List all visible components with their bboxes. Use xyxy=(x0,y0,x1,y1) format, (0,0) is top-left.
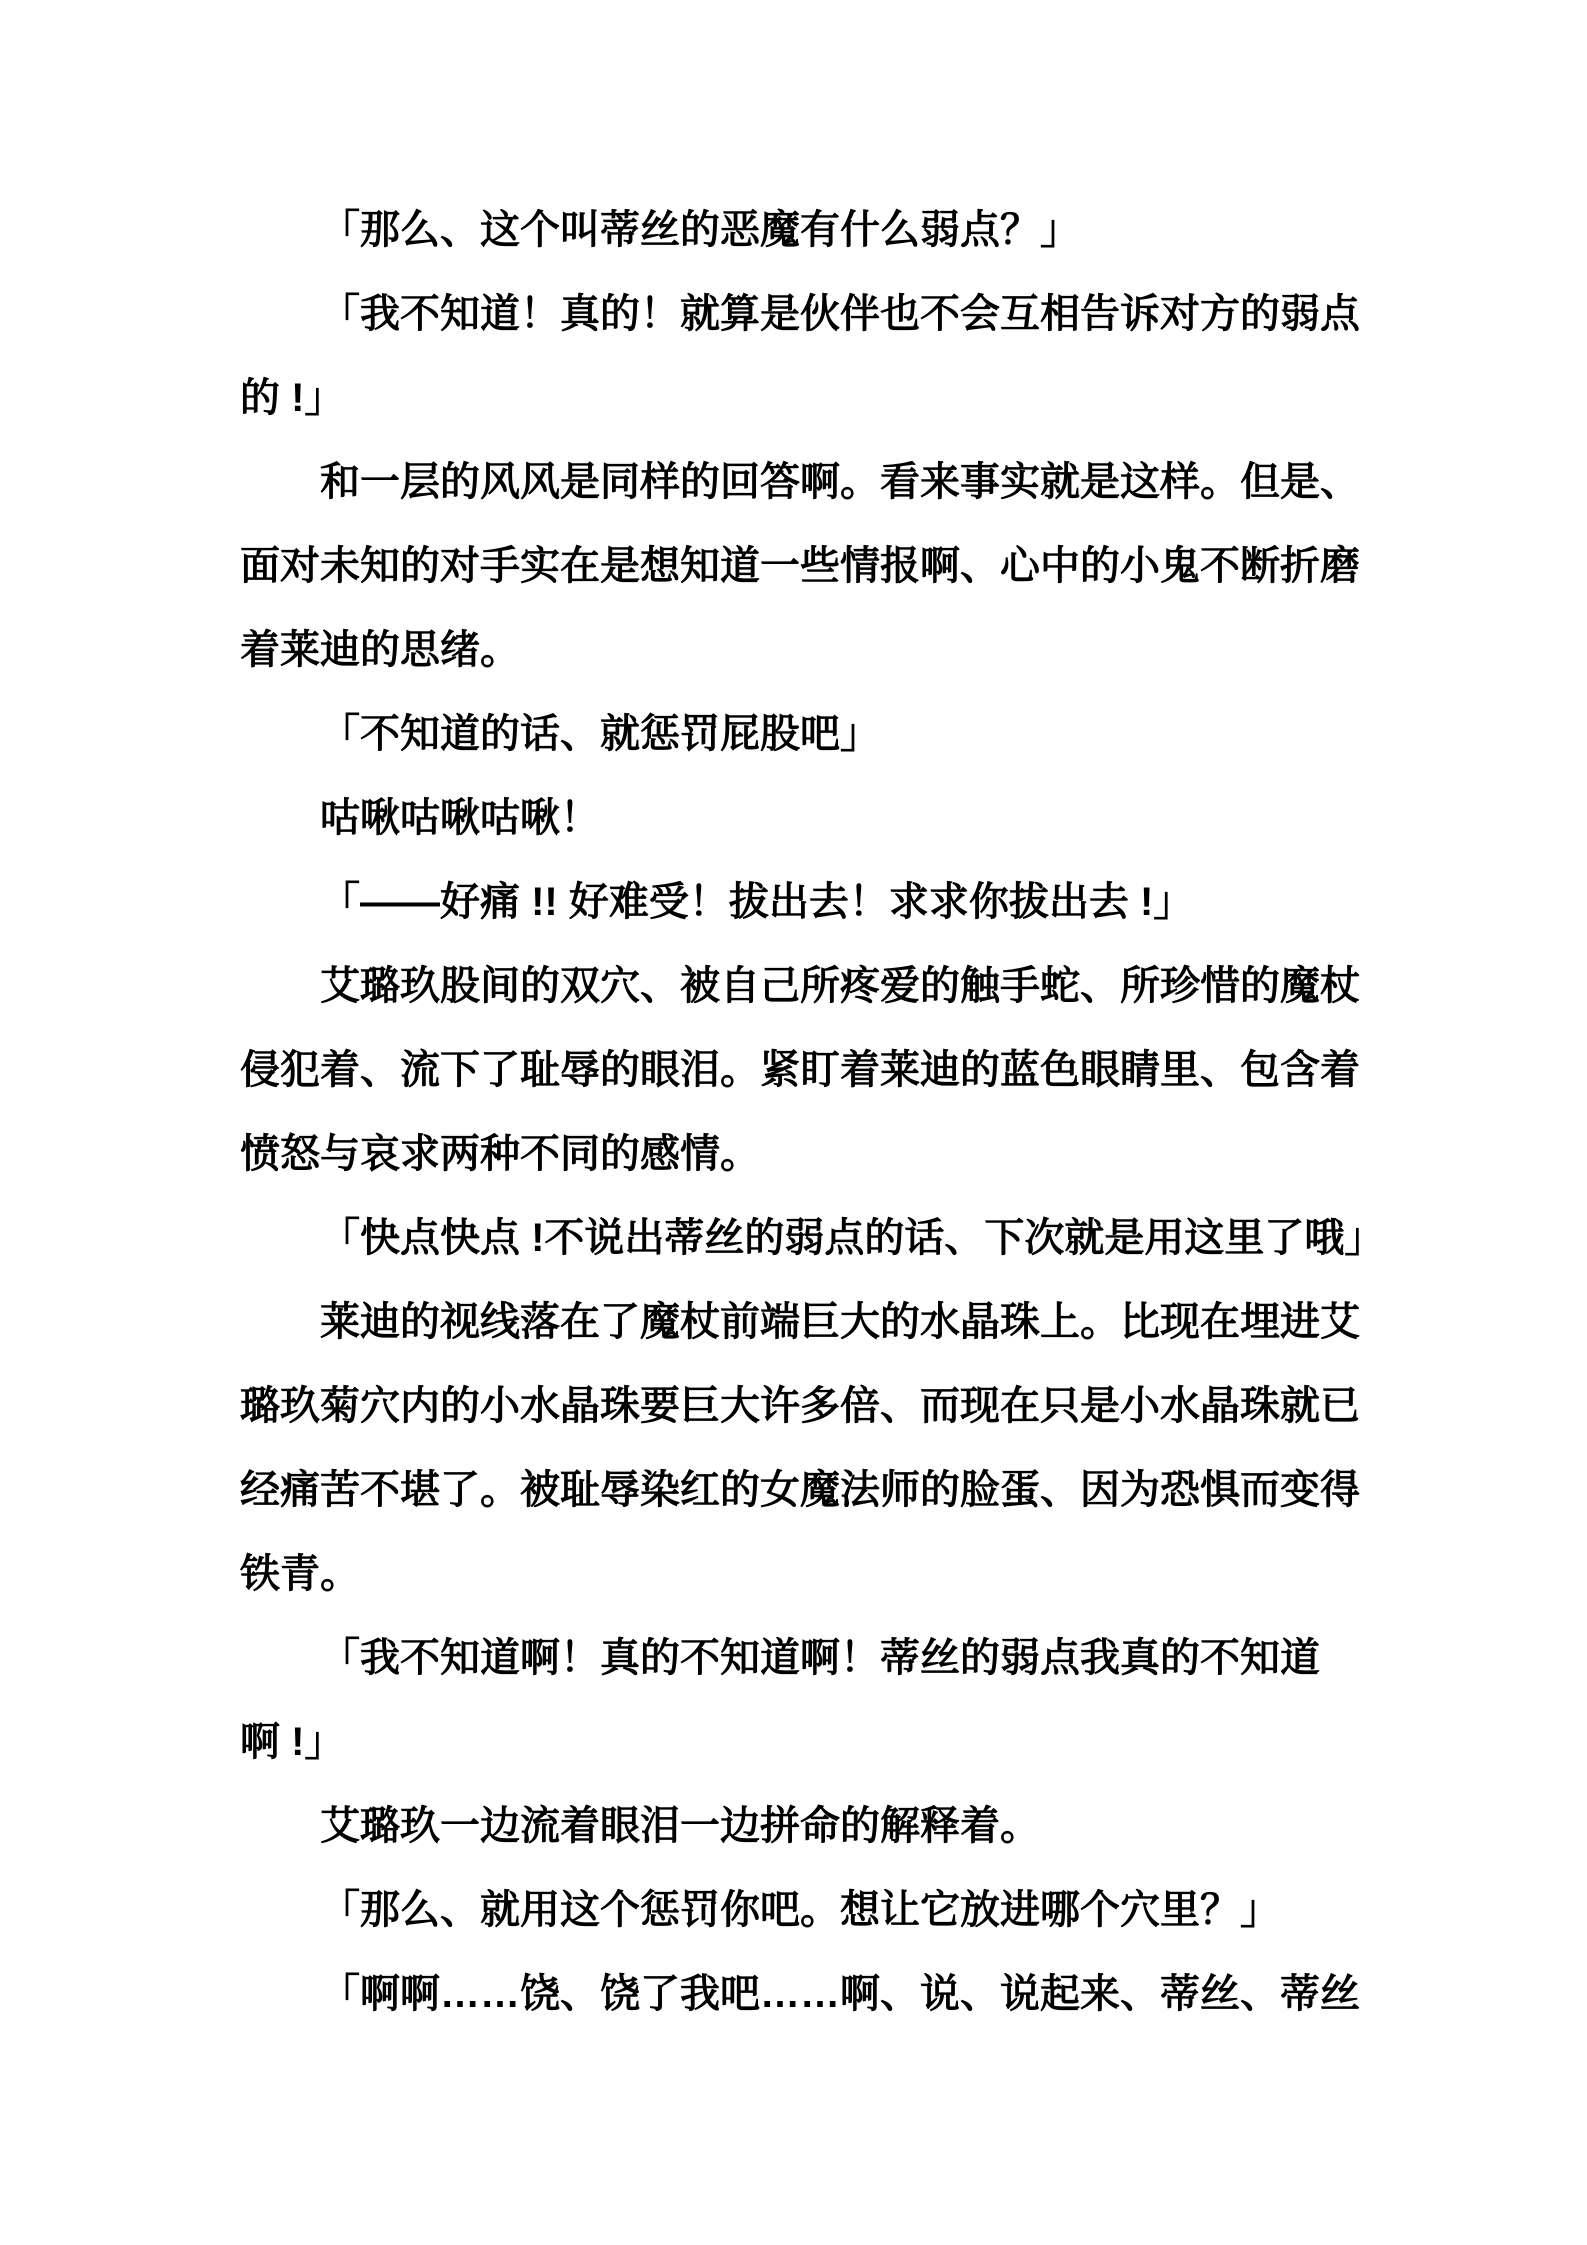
text-line: 「快点快点 !不说出蒂丝的弱点的话、下次就是用这里了哦」 xyxy=(240,1196,1362,1280)
text-line: 艾璐玖一边流着眼泪一边拼命的解释着。 xyxy=(240,1784,1362,1868)
text-line: 愤怒与哀求两种不同的感情。 xyxy=(240,1112,1362,1196)
text-line: 和一层的风风是同样的回答啊。看来事实就是这样。但是、 xyxy=(240,440,1362,524)
text-line: 「我不知道啊！真的不知道啊！蒂丝的弱点我真的不知道 xyxy=(240,1616,1362,1700)
text-line: 「——好痛 !! 好难受！拔出去！求求你拔出去 !」 xyxy=(240,860,1362,944)
page-text: 「那么、这个叫蒂丝的恶魔有什么弱点？」「我不知道！真的！就算是伙伴也不会互相告诉… xyxy=(240,188,1362,2036)
text-line: 「那么、就用这个惩罚你吧。想让它放进哪个穴里？」 xyxy=(240,1868,1362,1952)
text-line: 咕啾咕啾咕啾！ xyxy=(240,776,1362,860)
text-line: 莱迪的视线落在了魔杖前端巨大的水晶珠上。比现在埋进艾 xyxy=(240,1280,1362,1364)
document-page: 「那么、这个叫蒂丝的恶魔有什么弱点？」「我不知道！真的！就算是伙伴也不会互相告诉… xyxy=(0,0,1587,2245)
text-line: 的 !」 xyxy=(240,356,1362,440)
text-line: 啊 !」 xyxy=(240,1700,1362,1784)
text-line: 「啊啊……饶、饶了我吧……啊、说、说起来、蒂丝、蒂丝 xyxy=(240,1952,1362,2036)
text-line: 铁青。 xyxy=(240,1532,1362,1616)
text-line: 着莱迪的思绪。 xyxy=(240,608,1362,692)
text-line: 面对未知的对手实在是想知道一些情报啊、心中的小鬼不断折磨 xyxy=(240,524,1362,608)
text-line: 「不知道的话、就惩罚屁股吧」 xyxy=(240,692,1362,776)
text-line: 「我不知道！真的！就算是伙伴也不会互相告诉对方的弱点 xyxy=(240,272,1362,356)
text-line: 侵犯着、流下了耻辱的眼泪。紧盯着莱迪的蓝色眼睛里、包含着 xyxy=(240,1028,1362,1112)
text-line: 经痛苦不堪了。被耻辱染红的女魔法师的脸蛋、因为恐惧而变得 xyxy=(240,1448,1362,1532)
text-line: 「那么、这个叫蒂丝的恶魔有什么弱点？」 xyxy=(240,188,1362,272)
text-line: 璐玖菊穴内的小水晶珠要巨大许多倍、而现在只是小水晶珠就已 xyxy=(240,1364,1362,1448)
text-line: 艾璐玖股间的双穴、被自己所疼爱的触手蛇、所珍惜的魔杖 xyxy=(240,944,1362,1028)
